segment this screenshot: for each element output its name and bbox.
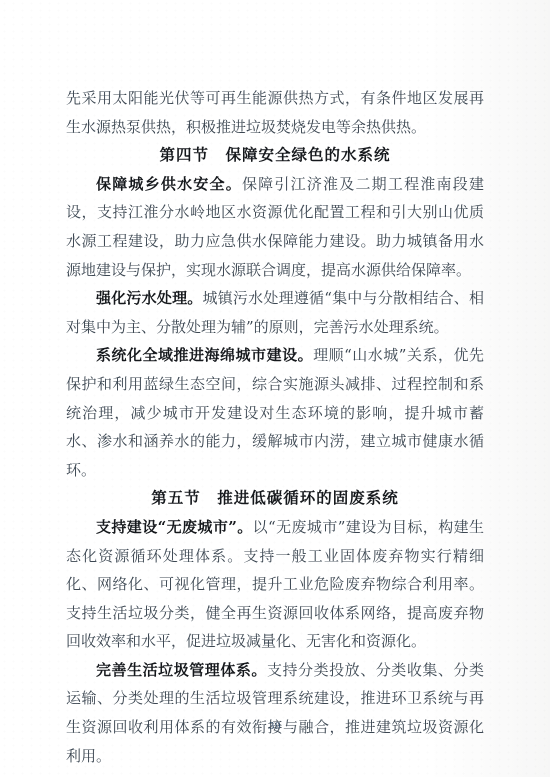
paragraph-waste-free-city: 支持建设“无废城市”。以“无废城市”建设为目标，构建生态化资源循环处理体系。支持…: [66, 513, 484, 656]
paragraph-text: 理顺“山水城”关系，优先保护和利用蓝绿生态空间，综合实施源头减排、过程控制和系统…: [66, 346, 484, 478]
paragraph-garbage-management: 完善生活垃圾管理体系。支持分类投放、分类收集、分类运输、分类处理的生活垃圾管理系…: [66, 656, 484, 770]
page-number: 39: [0, 722, 550, 732]
paragraph-lead: 保障城乡供水安全。: [96, 175, 242, 193]
paragraph-lead: 完善生活垃圾管理体系。: [96, 661, 267, 679]
paragraph-water-supply: 保障城乡供水安全。保障引江济淮及二期工程淮南段建设，支持江淮分水岭地区水资源优化…: [66, 170, 484, 284]
paragraph-text: 以“无废城市”建设为目标，构建生态化资源循环处理体系。支持一般工业固体废弃物实行…: [66, 518, 484, 650]
paragraph-sponge-city: 系统化全域推进海绵城市建设。理顺“山水城”关系，优先保护和利用蓝绿生态空间，综合…: [66, 341, 484, 484]
paragraph-lead: 强化污水处理。: [96, 289, 203, 307]
document-page: 先采用太阳能光伏等可再生能源供热方式，有条件地区发展再生水源热泵供热，积极推进垃…: [0, 0, 550, 777]
paragraph-lead: 系统化全域推进海绵城市建设。: [96, 346, 313, 364]
page-content: 先采用太阳能光伏等可再生能源供热方式，有条件地区发展再生水源热泵供热，积极推进垃…: [66, 84, 484, 770]
section-heading-5: 第五节 推进低碳循环的固废系统: [66, 484, 484, 513]
paragraph-lead: 支持建设“无废城市”。: [96, 518, 253, 536]
paragraph-sewage: 强化污水处理。城镇污水处理遵循“集中与分散相结合、相对集中为主、分散处理为辅”的…: [66, 284, 484, 341]
section-heading-4: 第四节 保障安全绿色的水系统: [66, 141, 484, 170]
paragraph-continuation: 先采用太阳能光伏等可再生能源供热方式，有条件地区发展再生水源热泵供热，积极推进垃…: [66, 84, 484, 141]
